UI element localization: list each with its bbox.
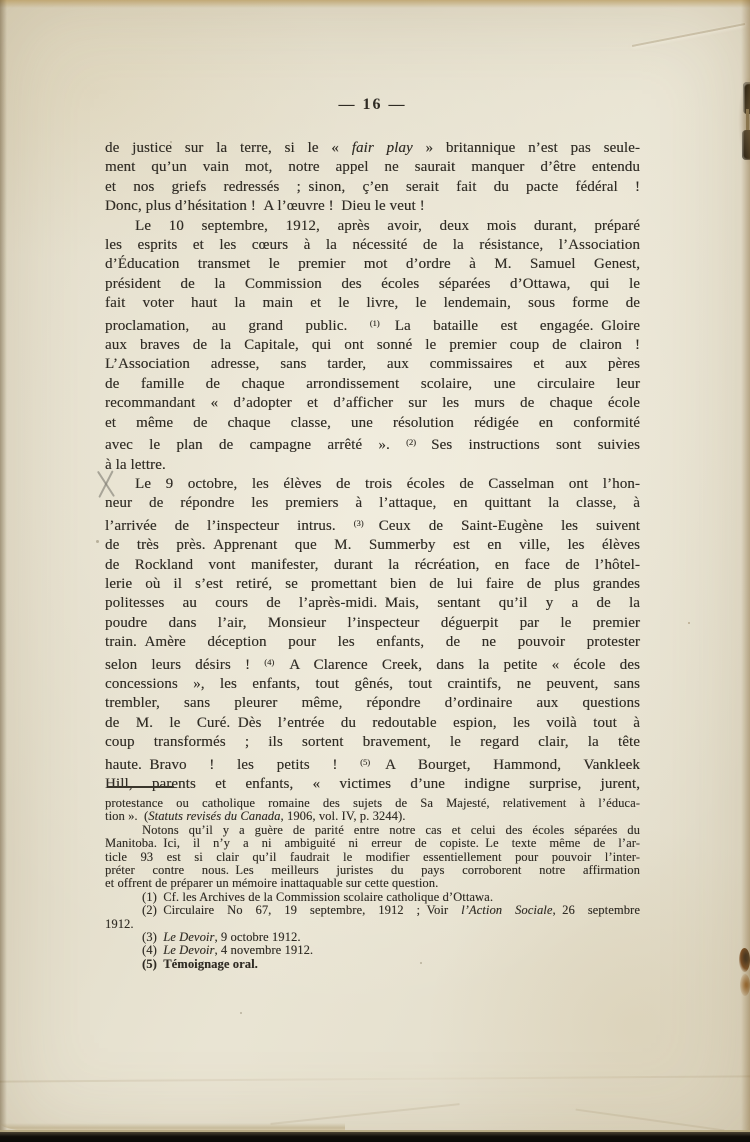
text-line: neur de répondre les premiers à l’attaqu… (105, 494, 640, 513)
paper-speck (688, 622, 690, 624)
text-line: préter contre nous. Les meilleurs jurist… (105, 864, 640, 877)
paper-speck (240, 1012, 242, 1014)
text-line: avec le plan de campagne arrêté ». (2) S… (105, 433, 640, 455)
text-line: de justice sur la terre, si le « fair pl… (105, 139, 640, 158)
text-line: de très près. Apprenant que M. Summerby … (105, 536, 640, 555)
page-edge-right (741, 0, 750, 1142)
paper-crease (270, 1103, 459, 1124)
page-edge-top (0, 0, 750, 8)
text-line: (2) Circulaire No 67, 19 septembre, 1912… (105, 904, 640, 917)
text-line: ticle 93 est si clair qu’il faudrait le … (105, 851, 640, 864)
text-line: poudre dans l’air, Monsieur l’inspecteur… (105, 614, 640, 633)
body-text: de justice sur la terre, si le « fair pl… (105, 139, 640, 794)
text-line: concessions », les enfants, tout gênés, … (105, 675, 640, 694)
text-line: de famille de chaque arrondissement scol… (105, 375, 640, 394)
text-line: d’Éducation transmet le premier mot d’or… (105, 255, 640, 274)
scanned-book-page: — 16 — de justice sur la terre, si le « … (0, 0, 750, 1142)
text-line: de Rockland vont manifester, durant la r… (105, 556, 640, 575)
page-number: — 16 — (105, 96, 640, 114)
text-line: l’arrivée de l’inspecteur intrus. (3) Ce… (105, 514, 640, 536)
text-line: Le 10 septembre, 1912, après avoir, deux… (105, 217, 640, 236)
text-line: proclamation, au grand public. (1) La ba… (105, 314, 640, 336)
text-line: Manitoba. Ici, il n’y a ni ambiguité ni … (105, 837, 640, 850)
text-line: aux braves de la Capitale, qui ont sonné… (105, 336, 640, 355)
text-line: selon leurs désirs ! (4) A Clarence Cree… (105, 653, 640, 675)
paper-crease (632, 23, 745, 46)
page-edge-bottom-shadow (0, 1132, 750, 1142)
text-line: trembler, sans pleurer même, répondre d’… (105, 694, 640, 713)
text-line: L’Association adresse, sans tarder, aux … (105, 355, 640, 374)
text-line: Notons qu’il y a guère de parité entre n… (105, 824, 640, 837)
text-line: protestance ou catholique romaine des su… (105, 797, 640, 810)
page-edge-left (0, 0, 7, 1142)
text-line: Donc, plus d’hésitation ! A l’œuvre ! Di… (105, 197, 640, 216)
footnotes: protestance ou catholique romaine des su… (105, 797, 640, 971)
text-line: (4) Le Devoir, 4 novembre 1912. (105, 944, 640, 957)
text-line: fait voter haut la main et le livre, le … (105, 294, 640, 313)
text-line: Le 9 octobre, les élèves de trois écoles… (105, 475, 640, 494)
text-line: tion ». (Statuts revisés du Canada, 1906… (105, 810, 640, 823)
paper-speck (96, 540, 99, 543)
text-line: et offrent de préparer un mémoire inatta… (105, 877, 640, 890)
text-line: et nos griefs redressés ; sinon, ç’en se… (105, 178, 640, 197)
text-line: à la lettre. (105, 456, 640, 475)
text-line: (3) Le Devoir, 9 octobre 1912. (105, 931, 640, 944)
text-line: lerie où il s’est retiré, se promettant … (105, 575, 640, 594)
text-line: haute. Bravo ! les petits ! (5) A Bourge… (105, 753, 640, 775)
text-line: politesses au cours de l’après-midi. Mai… (105, 594, 640, 613)
paper-speck (420, 962, 422, 964)
text-line: (1) Cf. les Archives de la Commission sc… (105, 891, 640, 904)
text-line: ment qu’un vain mot, notre appel ne saur… (105, 158, 640, 177)
text-line: de M. le Curé. Dès l’entrée du redoutabl… (105, 714, 640, 733)
text-line: recommandant « d’adopter et d’afficher s… (105, 394, 640, 413)
text-line: les esprits et les cœurs à la nécessité … (105, 236, 640, 255)
text-line: coup transformés ; ils sortent bravement… (105, 733, 640, 752)
text-line: train. Amère déception pour les enfants,… (105, 633, 640, 652)
text-line: 1912. (105, 918, 640, 931)
text-line: (5) Témoignage oral. (105, 958, 640, 971)
footnote-divider (108, 786, 174, 788)
paper-crease (0, 1075, 750, 1082)
text-line: Hill, parents et enfants, « victimes d’u… (105, 775, 640, 794)
paper-speck (170, 141, 172, 143)
paper-crease (576, 1108, 725, 1130)
text-line: et même de chaque classe, une résolution… (105, 414, 640, 433)
text-line: président de la Commission des écoles sé… (105, 275, 640, 294)
pencil-x-mark (92, 468, 120, 500)
